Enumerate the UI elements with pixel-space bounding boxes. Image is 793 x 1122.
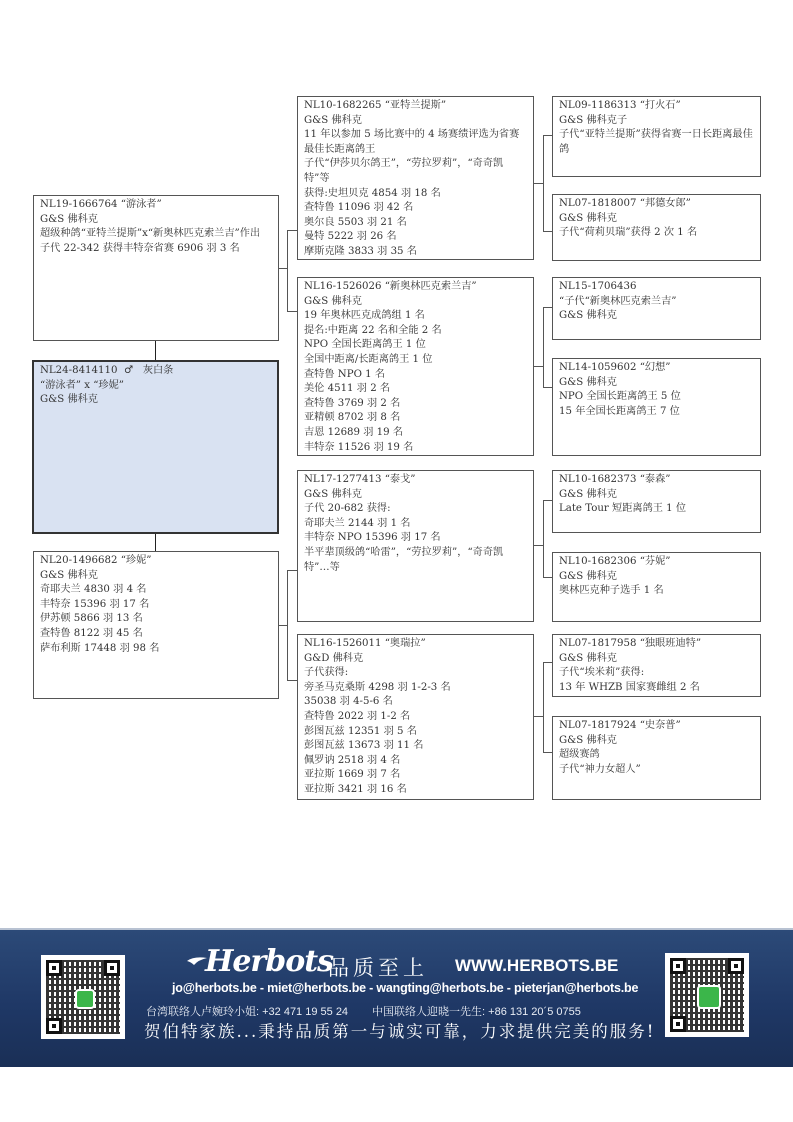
gen3-ring: NL07-1818007 “邦德女郎” xyxy=(559,197,754,212)
sd-result: 丰特奈 11526 羽 19 名 xyxy=(304,441,527,456)
gen3-ring: NL07-1817924 “史奈普” xyxy=(559,719,754,734)
sd-result: 吉恩 12689 羽 19 名 xyxy=(304,426,527,441)
sd-ring: NL16-1526026 “新奥林匹克索兰吉” xyxy=(304,280,527,295)
sire-ring: NL19-1666764 “游泳者” xyxy=(40,198,272,213)
gen3-note: 子代“神力女超人” xyxy=(559,763,754,778)
gen3-note: “子代“新奥林匹克索兰吉” xyxy=(559,295,754,310)
ds-result: 子代 20-682 获得: xyxy=(304,502,527,517)
connector-ds-a xyxy=(543,500,552,501)
qr-code-line[interactable] xyxy=(41,955,125,1039)
dd-result: 子代获得: xyxy=(304,666,527,681)
connector-dd-out xyxy=(533,716,543,717)
ds-note: 半平辈顶级鸽“哈雷”，“劳拉罗莉”，“奇奇凯特”…等 xyxy=(304,546,527,575)
gen3-breeder: G&S 佛科克 xyxy=(559,309,754,324)
gen3-breeder: G&S 佛科克 xyxy=(559,734,754,749)
dam-breeder: G&S 佛科克 xyxy=(40,569,272,584)
gen3-card-2: NL07-1818007 “邦德女郎” G&S 佛科克 子代“荷莉贝瑞”获得 2… xyxy=(552,194,761,261)
sd-result: NPO 全国长距离鸽王 1 位 xyxy=(304,338,527,353)
sd-result: 查特鲁 NPO 1 名 xyxy=(304,368,527,383)
dd-result: 彭图瓦兹 13673 羽 11 名 xyxy=(304,739,527,754)
footer-slogan: 贺伯特家族...秉持品质第一与诚实可靠，力求提供完美的服务! xyxy=(144,1018,655,1042)
sd-result: 查特鲁 3769 羽 2 名 xyxy=(304,397,527,412)
connector-to-sire-sire xyxy=(287,230,297,231)
connector-subject-dam xyxy=(155,533,156,552)
gen3-card-8: NL07-1817924 “史奈普” G&S 佛科克 超级赛鸽 子代“神力女超人… xyxy=(552,716,761,800)
dam-ring: NL20-1496682 “珍妮” xyxy=(40,554,272,569)
gen3-note: 15 年全国长距离鸽王 7 位 xyxy=(559,405,754,420)
connector-sire-branch xyxy=(287,230,288,311)
sd-breeder: G&S 佛科克 xyxy=(304,295,527,310)
ss-note: 11 年以参加 5 场比赛中的 4 场赛绩评选为省赛最佳长距离鸽王 xyxy=(304,128,527,157)
connector-ds-b xyxy=(543,577,552,578)
gen3-breeder: G&S 佛科克 xyxy=(559,652,754,667)
gen3-card-1: NL09-1186313 “打火石” G&S 佛科克子 子代“亚特兰提斯”获得省… xyxy=(552,96,761,177)
gen3-card-4: NL14-1059602 “幻想” G&S 佛科克 NPO 全国长距离鸽王 5 … xyxy=(552,358,761,456)
connector-dd-a xyxy=(543,662,552,663)
sd-result: 全国中距离/长距离鸽王 1 位 xyxy=(304,353,527,368)
sd-result: 提名:中距离 22 名和全能 2 名 xyxy=(304,324,527,339)
sire-breeder: G&S 佛科克 xyxy=(40,213,272,228)
subject-header: NL24-8414110 ♂ 灰白条 xyxy=(40,364,271,379)
ss-result: 奥尔良 5503 羽 21 名 xyxy=(304,216,527,231)
connector-ds-out xyxy=(533,545,543,546)
connector-to-dam-dam xyxy=(287,680,297,681)
dd-result: 35038 羽 4-5-6 名 xyxy=(304,695,527,710)
dam-result: 丰特奈 15396 羽 17 名 xyxy=(40,598,272,613)
contact-emails[interactable]: jo@herbots.be - miet@herbots.be - wangti… xyxy=(172,981,638,995)
connector-ss-out xyxy=(533,183,543,184)
gen3-breeder: G&S 佛科克 xyxy=(559,488,754,503)
gen3-note: 奥林匹克种子选手 1 名 xyxy=(559,584,754,599)
connector-ss-branch xyxy=(543,135,544,231)
connector-ss-b xyxy=(543,231,552,232)
connector-sire-to-branch xyxy=(278,268,287,269)
sd-result: 19 年奥林匹克成鸽组 1 名 xyxy=(304,309,527,324)
contact-taiwan: 台湾联络人卢婉玲小姐: +32 471 19 55 24 xyxy=(146,1006,348,1018)
connector-dam-branch xyxy=(287,570,288,680)
sire-note: 超级种鸽“亚特兰提斯”x“新奥林匹克索兰吉”作出 xyxy=(40,227,272,242)
dam-result: 伊苏顿 5866 羽 13 名 xyxy=(40,612,272,627)
gen3-ring: NL14-1059602 “幻想” xyxy=(559,361,754,376)
dd-result: 亚拉斯 1669 羽 7 名 xyxy=(304,768,527,783)
ds-result: 奇耶夫兰 2144 羽 1 名 xyxy=(304,517,527,532)
dam-result: 查特鲁 8122 羽 45 名 xyxy=(40,627,272,642)
connector-sd-branch xyxy=(543,307,544,387)
subject-breeder: G&S 佛科克 xyxy=(40,393,271,408)
dam-result: 萨布利斯 17448 羽 98 名 xyxy=(40,642,272,657)
sire-sire-card: NL10-1682265 “亚特兰提斯” G&S 佛科克 11 年以参加 5 场… xyxy=(297,96,534,260)
ss-note: 子代“伊莎贝尔鸽王”，“劳拉罗莉”，“奇奇凯特”等 xyxy=(304,157,527,186)
contact-phones: 台湾联络人卢婉玲小姐: +32 471 19 55 24中国联络人迎晓一先生: … xyxy=(146,1003,605,1019)
connector-dd-b xyxy=(543,752,552,753)
gen3-ring: NL15-1706436 xyxy=(559,280,754,295)
dam-result: 奇耶夫兰 4830 羽 4 名 xyxy=(40,583,272,598)
connector-sire-subject xyxy=(155,340,156,361)
subject-color: 灰白条 xyxy=(143,365,174,376)
connector-to-sire-dam xyxy=(287,311,297,312)
dd-result: 旁圣马克桑斯 4298 羽 1-2-3 名 xyxy=(304,681,527,696)
sire-dam-card: NL16-1526026 “新奥林匹克索兰吉” G&S 佛科克 19 年奥林匹克… xyxy=(297,277,534,456)
gen3-ring: NL10-1682373 “泰森” xyxy=(559,473,754,488)
brand-logo: Herbots xyxy=(205,944,333,979)
ds-breeder: G&S 佛科克 xyxy=(304,488,527,503)
ss-result: 曼特 5222 羽 26 名 xyxy=(304,230,527,245)
brand-tagline: 品质至上 xyxy=(328,952,428,982)
connector-sd-out xyxy=(533,366,543,367)
gen3-breeder: G&S 佛科克子 xyxy=(559,114,754,129)
qr-code-wechat[interactable] xyxy=(665,953,749,1037)
qr-finder xyxy=(670,1016,686,1032)
gen3-note: 子代“亚特兰提斯”获得省赛一日长距离最佳鸽 xyxy=(559,128,754,157)
subject-card: NL24-8414110 ♂ 灰白条 “游泳者” x “珍妮” G&S 佛科克 xyxy=(32,360,279,534)
connector-dam-to-branch xyxy=(278,625,287,626)
gen3-ring: NL09-1186313 “打火石” xyxy=(559,99,754,114)
gen3-breeder: G&S 佛科克 xyxy=(559,376,754,391)
gen3-card-5: NL10-1682373 “泰森” G&S 佛科克 Late Tour 短距离鸽… xyxy=(552,470,761,533)
subject-ring: NL24-8414110 xyxy=(40,365,117,376)
sire-card: NL19-1666764 “游泳者” G&S 佛科克 超级种鸽“亚特兰提斯”x“… xyxy=(33,195,279,341)
gen3-note: 13 年 WHZB 国家赛雌组 2 名 xyxy=(559,681,754,696)
ss-result: 摩斯克隆 3833 羽 35 名 xyxy=(304,245,527,260)
qr-finder xyxy=(670,958,686,974)
line-icon xyxy=(75,989,95,1009)
wechat-icon xyxy=(697,985,721,1009)
dam-dam-card: NL16-1526011 “奥瑞拉” G&D 佛科克 子代获得: 旁圣马克桑斯 … xyxy=(297,634,534,800)
dam-sire-card: NL17-1277413 “泰戈” G&S 佛科克 子代 20-682 获得: … xyxy=(297,470,534,622)
subject-parents: “游泳者” x “珍妮” xyxy=(40,379,271,394)
gen3-ring: NL07-1817958 “独眼班迪特” xyxy=(559,637,754,652)
ss-result: 获得:史坦贝克 4854 羽 18 名 xyxy=(304,187,527,202)
dd-breeder: G&D 佛科克 xyxy=(304,652,527,667)
qr-finder xyxy=(104,960,120,976)
dd-ring: NL16-1526011 “奥瑞拉” xyxy=(304,637,527,652)
connector-to-dam-sire xyxy=(287,570,297,571)
dd-result: 亚拉斯 3421 羽 16 名 xyxy=(304,783,527,798)
ss-breeder: G&S 佛科克 xyxy=(304,114,527,129)
dd-result: 佩罗讷 2518 羽 4 名 xyxy=(304,754,527,769)
ss-ring: NL10-1682265 “亚特兰提斯” xyxy=(304,99,527,114)
qr-finder xyxy=(46,960,62,976)
gen3-breeder: G&S 佛科克 xyxy=(559,212,754,227)
dam-card: NL20-1496682 “珍妮” G&S 佛科克 奇耶夫兰 4830 羽 4 … xyxy=(33,551,279,699)
gen3-card-7: NL07-1817958 “独眼班迪特” G&S 佛科克 子代“埃米莉”获得: … xyxy=(552,634,761,697)
sd-result: 亚精顿 8702 羽 8 名 xyxy=(304,411,527,426)
contact-china: 中国联络人迎晓一先生: +86 131 20´5 0755 xyxy=(372,1006,581,1018)
connector-ss-a xyxy=(543,135,552,136)
gen3-card-6: NL10-1682306 “芬妮” G&S 佛科克 奥林匹克种子选手 1 名 xyxy=(552,552,761,622)
male-icon: ♂ xyxy=(124,365,133,376)
dd-result: 查特鲁 2022 羽 1-2 名 xyxy=(304,710,527,725)
ss-result: 查特鲁 11096 羽 42 名 xyxy=(304,201,527,216)
qr-finder xyxy=(46,1018,62,1034)
gen3-note: Late Tour 短距离鸽王 1 位 xyxy=(559,502,754,517)
sire-note: 子代 22-342 获得丰特奈省赛 6906 羽 3 名 xyxy=(40,242,272,257)
connector-sd-b xyxy=(543,387,552,388)
dd-result: 彭图瓦兹 12351 羽 5 名 xyxy=(304,725,527,740)
gen3-note: 超级赛鸽 xyxy=(559,748,754,763)
connector-sd-a xyxy=(543,307,552,308)
gen3-note: 子代“埃米莉”获得: xyxy=(559,666,754,681)
website-link[interactable]: WWW.HERBOTS.BE xyxy=(455,956,618,976)
gen3-card-3: NL15-1706436 “子代“新奥林匹克索兰吉” G&S 佛科克 xyxy=(552,277,761,340)
ds-result: 丰特奈 NPO 15396 羽 17 名 xyxy=(304,531,527,546)
gen3-note: 子代“荷莉贝瑞”获得 2 次 1 名 xyxy=(559,226,754,241)
qr-finder xyxy=(728,958,744,974)
ds-ring: NL17-1277413 “泰戈” xyxy=(304,473,527,488)
gen3-note: NPO 全国长距离鸽王 5 位 xyxy=(559,390,754,405)
gen3-breeder: G&S 佛科克 xyxy=(559,570,754,585)
connector-ds-branch xyxy=(543,500,544,577)
sd-result: 美伦 4511 羽 2 名 xyxy=(304,382,527,397)
connector-dd-branch xyxy=(543,662,544,752)
gen3-ring: NL10-1682306 “芬妮” xyxy=(559,555,754,570)
